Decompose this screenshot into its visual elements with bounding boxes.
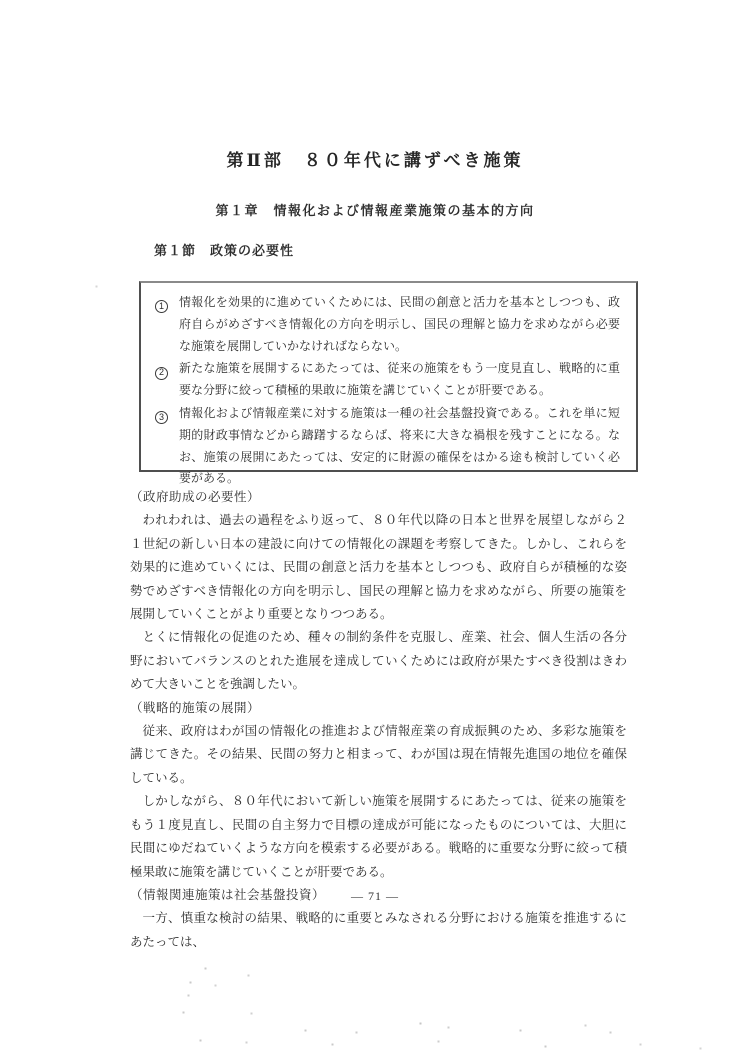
summary-box: 1 情報化を効果的に進めていくためには、民間の創意と活力を基本としつつも、政府自… — [139, 281, 638, 472]
heading-government-support: （政府助成の必要性） — [130, 486, 627, 509]
summary-item-2-text: 新たな施策を展開するにあたっては、従来の施策をもう一度見直し、戦略的に重要な分野… — [179, 358, 620, 402]
section-title: 第１節 政策の必要性 — [154, 240, 294, 259]
heading-strategic-policies: （戦略的施策の展開） — [130, 697, 627, 720]
summary-item-1: 1 情報化を効果的に進めていくためには、民間の創意と活力を基本としつつも、政府自… — [155, 292, 620, 357]
page-number: ― 71 ― — [0, 889, 750, 904]
paragraph: 一方、慎重な検討の結果、戦略的に重要とみなされる分野における施策を推進するにあた… — [130, 907, 627, 954]
circled-number-3-icon: 3 — [155, 403, 179, 490]
circled-number-1-icon: 1 — [155, 292, 179, 357]
part-title: 第Ⅱ部 ８０年代に講ずべき施策 — [0, 146, 750, 171]
paragraph: 従来、政府はわが国の情報化の推進および情報産業の育成振興のため、多彩な施策を講じ… — [130, 720, 627, 790]
paragraph: われわれは、過去の過程をふり返って、８０年代以降の日本と世界を展望しながら２１世… — [130, 509, 627, 626]
scan-noise-speckles — [0, 0, 1, 1]
scanned-document-page: 第Ⅱ部 ８０年代に講ずべき施策 第１章 情報化および情報産業施策の基本的方向 第… — [0, 0, 750, 1054]
summary-item-3-text: 情報化および情報産業に対する施策は一種の社会基盤投資である。これを単に短期的財政… — [179, 403, 620, 490]
paragraph: しかしながら、８０年代において新しい施策を展開するにあたっては、従来の施策をもう… — [130, 790, 627, 884]
paragraph: とくに情報化の促進のため、種々の制約条件を克服し、産業、社会、個人生活の各分野に… — [130, 626, 627, 696]
circled-number-2-icon: 2 — [155, 358, 179, 402]
summary-item-2: 2 新たな施策を展開するにあたっては、従来の施策をもう一度見直し、戦略的に重要な… — [155, 358, 620, 402]
summary-item-3: 3 情報化および情報産業に対する施策は一種の社会基盤投資である。これを単に短期的… — [155, 403, 620, 490]
chapter-title: 第１章 情報化および情報産業施策の基本的方向 — [0, 200, 750, 219]
body-text: （政府助成の必要性） われわれは、過去の過程をふり返って、８０年代以降の日本と世… — [130, 486, 627, 954]
summary-item-1-text: 情報化を効果的に進めていくためには、民間の創意と活力を基本としつつも、政府自らが… — [179, 292, 620, 357]
